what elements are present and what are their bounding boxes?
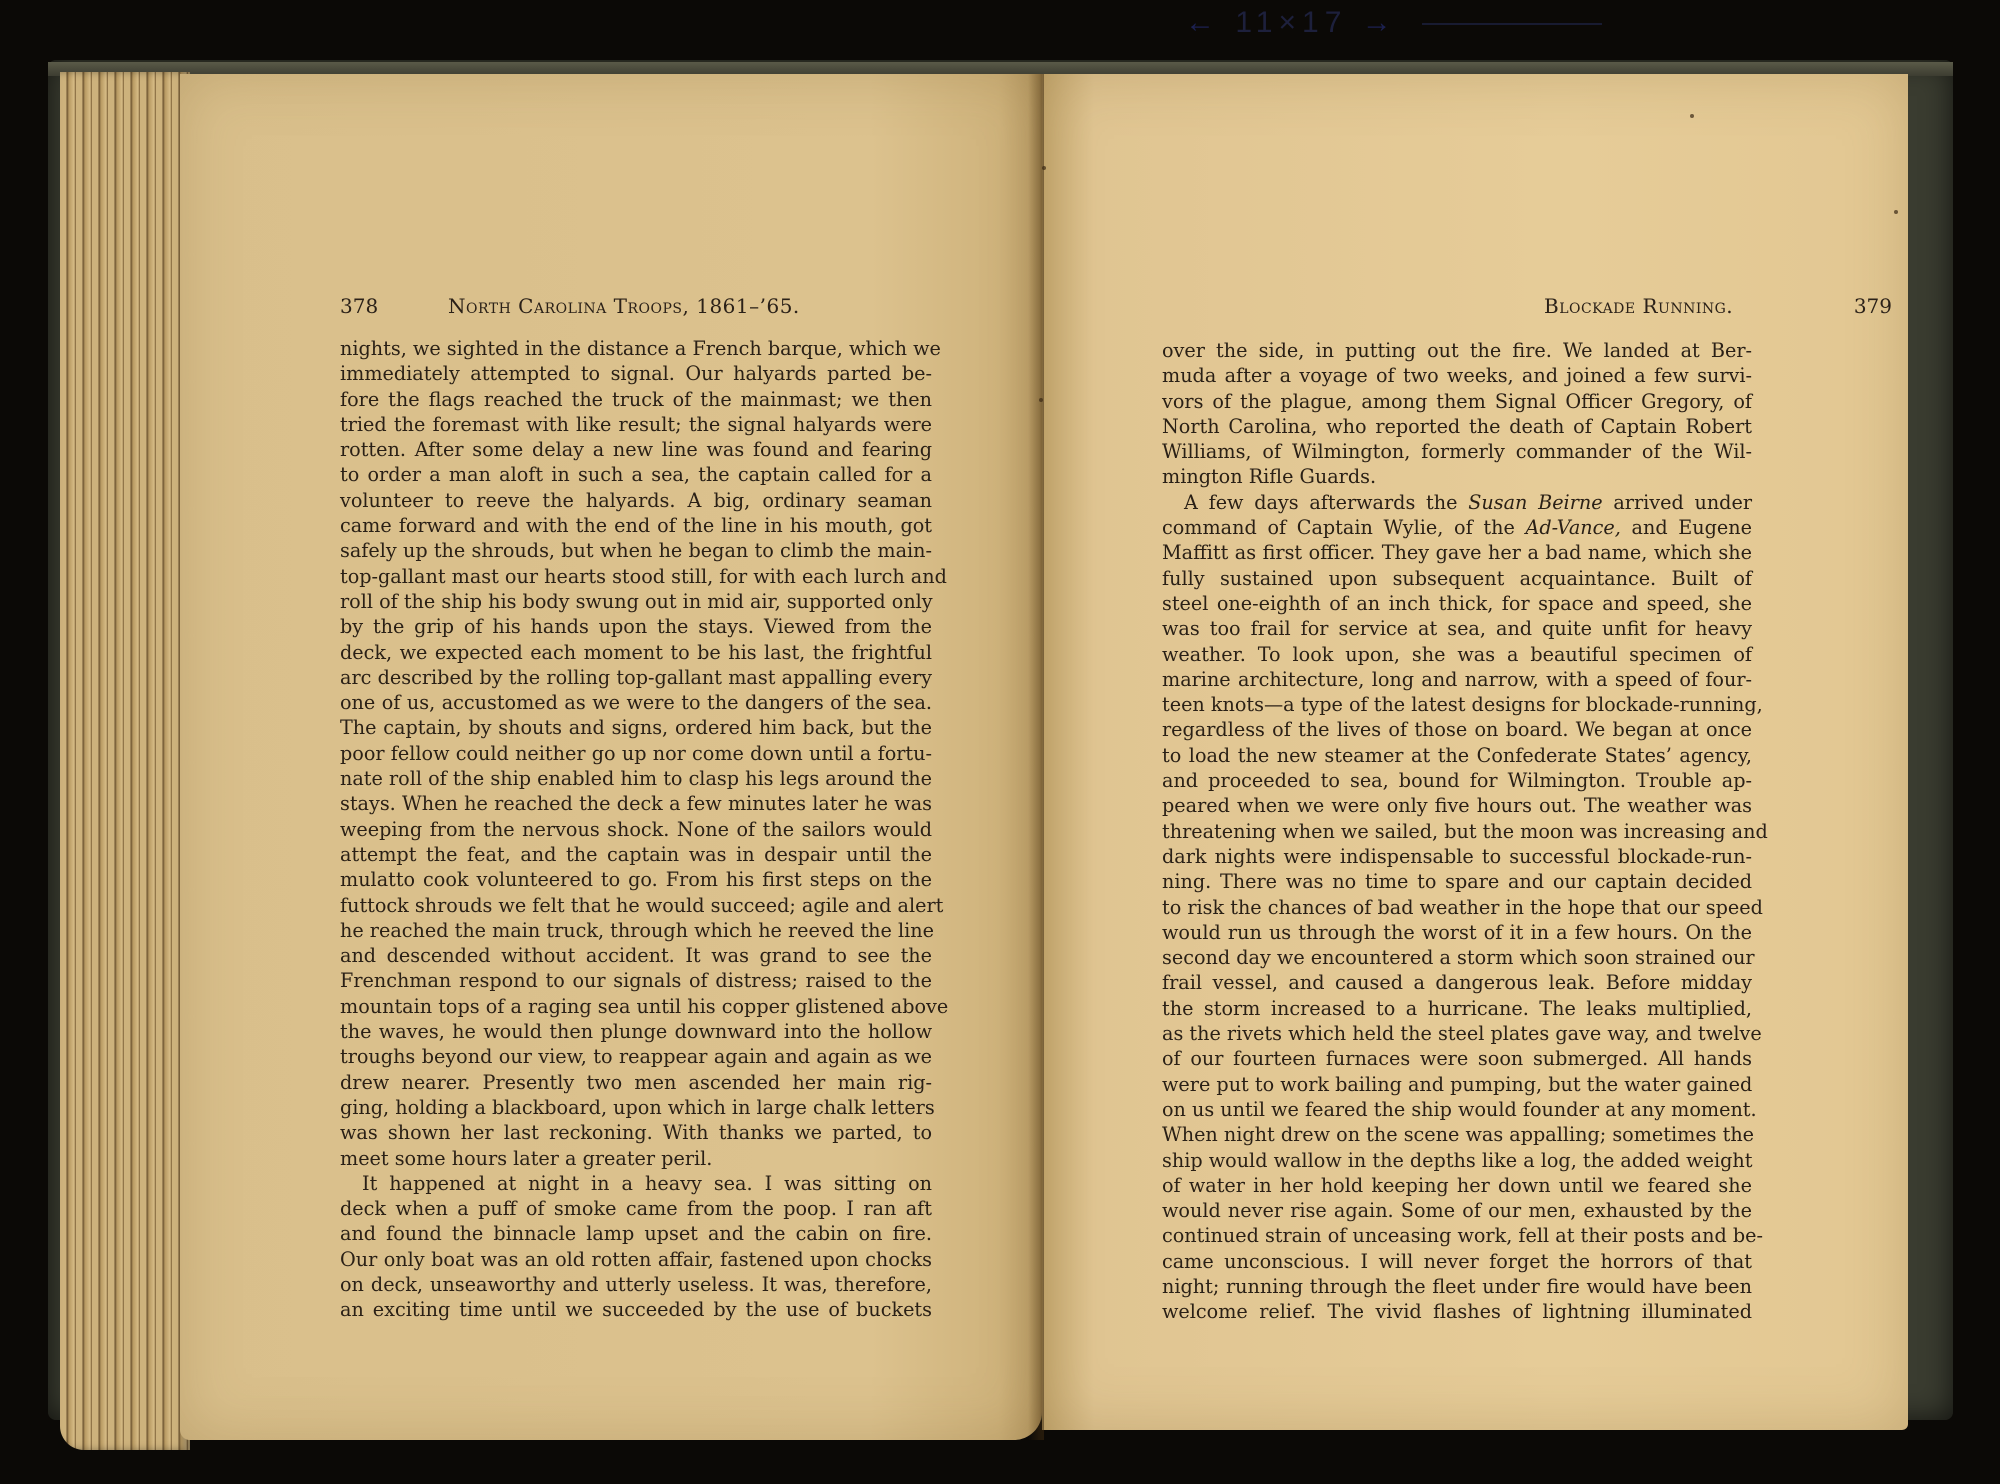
text-line: second day we encountered a storm which … [1162,945,1752,970]
text-line: on us until we feared the ship would fou… [1162,1097,1752,1122]
text-line: would never rise again. Some of our men,… [1162,1198,1752,1223]
text-line: the waves, he would then plunge downward… [340,1019,932,1044]
text-line: Frenchman respond to our signals of dist… [340,968,932,993]
right-page-header: Blockade Running. 379 [1162,294,1892,324]
text-line: came unconscious. I will never forget th… [1162,1249,1752,1274]
text-line: night; running through the fleet under f… [1162,1274,1752,1299]
text-line: A few days afterwards the Susan Beirne a… [1162,490,1752,515]
text-line: was shown her last reckoning. With thank… [340,1120,932,1145]
text-line: ging, holding a blackboard, upon which i… [340,1095,932,1120]
text-line: troughs beyond our view, to reappear aga… [340,1044,932,1069]
text-fragment: arrived under [1613,491,1752,514]
page-number: 379 [1854,294,1892,318]
text-line: immediately attempted to signal. Our hal… [340,361,932,386]
text-line: Our only boat was an old rotten affair, … [340,1247,932,1272]
text-line: muda after a voyage of two weeks, and jo… [1162,363,1752,388]
text-line: Maffitt as first officer. They gave her … [1162,540,1752,565]
text-line: safely up the shrouds, but when he began… [340,538,932,563]
text-line: command of Captain Wylie, of the Ad-Vanc… [1162,515,1752,540]
text-line: When night drew on the scene was appalli… [1162,1122,1752,1147]
text-line: welcome relief. The vivid flashes of lig… [1162,1299,1752,1324]
text-line: meet some hours later a greater peril. [340,1146,932,1171]
text-line: deck when a puff of smoke came from the … [340,1196,932,1221]
text-line: vors of the plague, among them Signal Of… [1162,389,1752,414]
left-page: 378 North Carolina Troops, 1861–’65. nig… [180,74,1042,1440]
text-line: he reached the main truck, through which… [340,918,932,943]
text-line: by the grip of his hands upon the stays.… [340,614,932,639]
text-line: over the side, in putting out the fire. … [1162,338,1752,363]
text-line: would run us through the worst of it in … [1162,920,1752,945]
scan-rule [1422,23,1602,25]
scan-size-label: ← 11×17 → [1185,6,1602,40]
text-line: frail vessel, and caused a dangerous lea… [1162,970,1752,995]
text-line: was too frail for service at sea, and qu… [1162,616,1752,641]
paper-speck [1042,166,1046,170]
text-line: marine architecture, long and narrow, wi… [1162,667,1752,692]
text-line: mington Rifle Guards. [1162,464,1752,489]
text-line: fore the flags reached the truck of the … [340,387,932,412]
text-line: North Carolina, who reported the death o… [1162,414,1752,439]
arrow-left-icon: ← [1185,6,1221,39]
text-line: dark nights were indispensable to succes… [1162,844,1752,869]
text-line: ning. There was no time to spare and our… [1162,869,1752,894]
text-line: and found the binnacle lamp upset and th… [340,1221,932,1246]
text-line: weeping from the nervous shock. None of … [340,817,932,842]
text-line: mulatto cook volunteered to go. From his… [340,867,932,892]
text-line: arc described by the rolling top-gallant… [340,665,932,690]
text-line: as the rivets which held the steel plate… [1162,1021,1752,1046]
text-line: were put to work bailing and pumping, bu… [1162,1072,1752,1097]
text-line: drew nearer. Presently two men ascended … [340,1070,932,1095]
text-line: of water in her hold keeping her down un… [1162,1173,1752,1198]
text-line: steel one-eighth of an inch thick, for s… [1162,591,1752,616]
paper-speck [1894,210,1898,214]
text-line: of our fourteen furnaces were soon subme… [1162,1046,1752,1071]
page-stack-edges [60,72,190,1450]
text-fragment: command of Captain Wylie, of the [1162,516,1515,539]
ship-name-ad-vance: Ad-Vance, [1526,516,1621,539]
text-line: regardless of the lives of those on boar… [1162,717,1752,742]
running-head: Blockade Running. [1544,294,1733,318]
text-line: rotten. After some delay a new line was … [340,437,932,462]
text-line: to risk the chances of bad weather in th… [1162,895,1752,920]
text-line: futtock shrouds we felt that he would su… [340,893,932,918]
right-page-body: over the side, in putting out the fire. … [1162,338,1752,1325]
text-line: on deck, unseaworthy and utterly useless… [340,1272,932,1297]
text-line: roll of the ship his body swung out in m… [340,589,932,614]
text-line: Williams, of Wilmington, formerly comman… [1162,439,1752,464]
text-line: continued strain of unceasing work, fell… [1162,1223,1752,1248]
text-line: to order a man aloft in such a sea, the … [340,462,932,487]
paper-speck [1690,114,1694,118]
gutter-shadow [1028,74,1044,1440]
text-fragment: A few days afterwards the [1184,491,1457,514]
text-line: poor fellow could neither go up nor come… [340,741,932,766]
text-line: nights, we sighted in the distance a Fre… [340,336,932,361]
text-line: to load the new steamer at the Confedera… [1162,743,1752,768]
text-line: It happened at night in a heavy sea. I w… [340,1171,932,1196]
text-line: and proceeded to sea, bound for Wilmingt… [1162,768,1752,793]
text-line: attempt the feat, and the captain was in… [340,842,932,867]
text-line: tried the foremast with like result; the… [340,412,932,437]
text-line: and descended without accident. It was g… [340,943,932,968]
text-line: stays. When he reached the deck a few mi… [340,791,932,816]
text-line: one of us, accustomed as we were to the … [340,690,932,715]
text-line: threatening when we sailed, but the moon… [1162,819,1752,844]
text-line: the storm increased to a hurricane. The … [1162,996,1752,1021]
scan-size-text: 11×17 [1235,6,1347,39]
left-page-header: 378 North Carolina Troops, 1861–’65. [340,294,990,324]
text-line: fully sustained upon subsequent acquaint… [1162,566,1752,591]
text-line: mountain tops of a raging sea until his … [340,994,932,1019]
text-line: weather. To look upon, she was a beautif… [1162,642,1752,667]
paper-speck [1039,398,1043,402]
right-page: Blockade Running. 379 over the side, in … [1042,74,1908,1430]
text-line: volunteer to reeve the halyards. A big, … [340,488,932,513]
text-line: top-gallant mast our hearts stood still,… [340,564,932,589]
running-head: North Carolina Troops, 1861–’65. [448,294,800,318]
text-fragment: and Eugene [1632,516,1752,539]
arrow-right-icon: → [1362,6,1398,39]
text-line: teen knots—a type of the latest designs … [1162,692,1752,717]
left-page-body: nights, we sighted in the distance a Fre… [340,336,932,1323]
text-line: The captain, by shouts and signs, ordere… [340,715,932,740]
page-number: 378 [340,294,378,318]
text-line: deck, we expected each moment to be his … [340,640,932,665]
text-line: nate roll of the ship enabled him to cla… [340,766,932,791]
ship-name-susan-beirne: Susan Beirne [1468,491,1602,514]
text-line: ship would wallow in the depths like a l… [1162,1148,1752,1173]
text-line: an exciting time until we succeeded by t… [340,1297,932,1322]
text-line: peared when we were only five hours out.… [1162,793,1752,818]
text-line: came forward and with the end of the lin… [340,513,932,538]
